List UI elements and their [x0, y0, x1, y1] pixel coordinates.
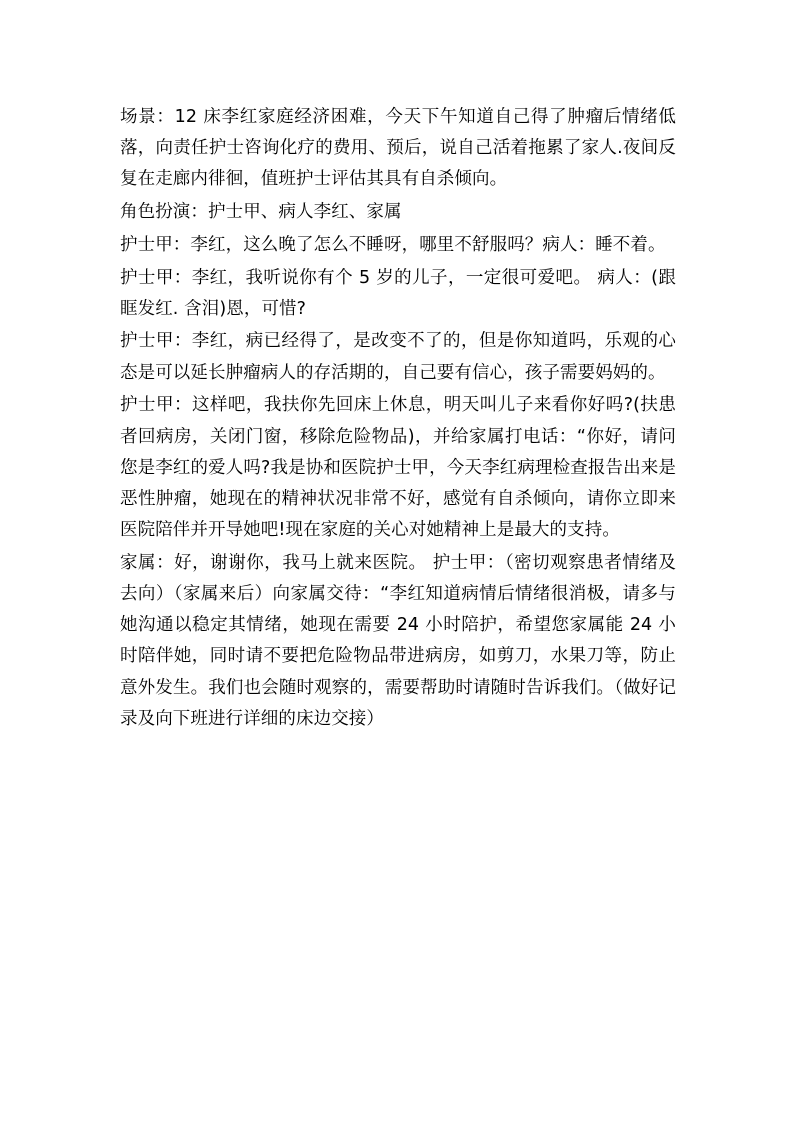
scene-paragraph: 场景：12 床李红家庭经济困难，今天下午知道自己得了肿瘤后情绪低落，向责任护士咨… — [120, 102, 676, 196]
dialog-paragraph-4: 护士甲：这样吧，我扶你先回床上休息，明天叫儿子来看你好吗?(扶患者回病房，关闭门… — [120, 390, 676, 546]
roles-paragraph: 角色扮演：护士甲、病人李红、家属 — [120, 197, 676, 228]
dialog-paragraph-2: 护士甲：李红，我听说你有个 5 岁的儿子，一定很可爱吧。 病人：(跟眶发红. 含… — [120, 263, 676, 325]
dialog-paragraph-1: 护士甲：李红，这么晚了怎么不睡呀，哪里不舒服吗？病人：睡不着。 — [120, 230, 676, 261]
document-page: 场景：12 床李红家庭经济困难，今天下午知道自己得了肿瘤后情绪低落，向责任护士咨… — [120, 102, 676, 737]
dialog-paragraph-5: 家属：好，谢谢你，我马上就来医院。 护士甲：（密切观察患者情绪及去向）（家属来后… — [120, 548, 676, 735]
dialog-paragraph-3: 护士甲：李红，病已经得了，是改变不了的，但是你知道吗，乐观的心态是可以延长肿瘤病… — [120, 326, 676, 388]
